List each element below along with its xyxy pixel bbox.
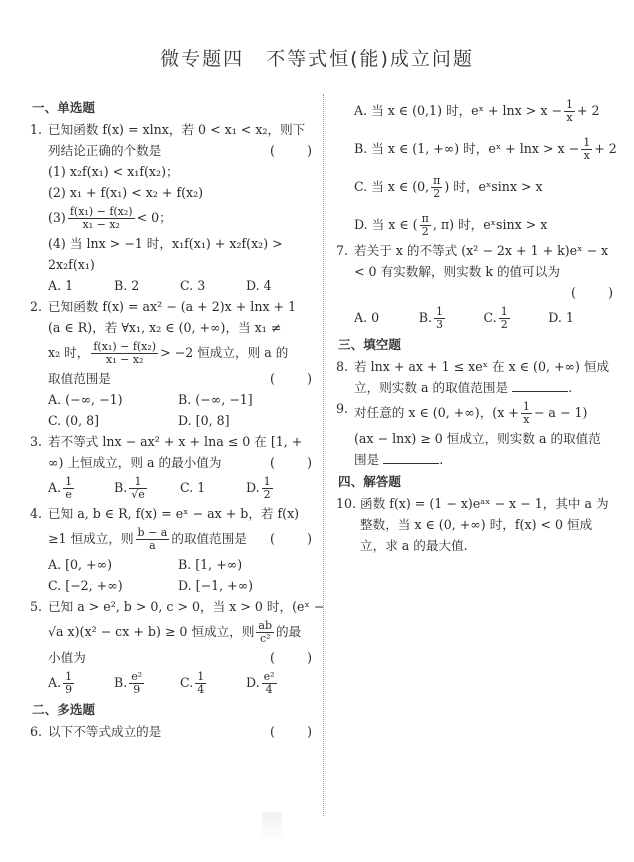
question-number: 4. [30, 503, 42, 524]
fraction: b − aa [136, 527, 170, 552]
question-text: (ax − lnx) ≥ 0 恒成立，则实数 a 的取值范 [354, 428, 613, 449]
fraction: 1x [581, 137, 592, 162]
fraction: 14 [195, 671, 206, 696]
option-b[interactable]: B. 当 x ∈ (1, +∞) 时，eˣ + lnx > x −1x+ 2 [354, 134, 613, 164]
option-text: ) 时，eˣsinx > x [444, 179, 542, 194]
fraction: 19 [63, 671, 74, 696]
fraction: 1√e [129, 476, 147, 501]
question-7: 7. 若关于 x 的不等式 (x² − 2x + 1 + k)eˣ − x < … [338, 240, 613, 333]
fraction: 1e [63, 476, 74, 501]
option-b[interactable]: B. [1, +∞) [178, 554, 308, 575]
question-text-line: ∞) 上恒成立，则 a 的最小值为 [48, 455, 221, 470]
option-d[interactable]: D.e²4 [246, 668, 312, 698]
fraction: 1x [521, 401, 532, 426]
question-text: (a ∈ R)，若 ∀x₁, x₂ ∈ (0, +∞)，当 x₁ ≠ [48, 317, 312, 338]
text: ≥1 恒成立，则 [48, 531, 134, 546]
question-text: () [354, 282, 613, 303]
denominator: 2 [262, 489, 273, 501]
question-9: 9. 对任意的 x ∈ (0, +∞)，(x +1x− a − 1) (ax −… [338, 398, 613, 470]
fraction: 13 [434, 306, 445, 331]
option-a[interactable]: A. 当 x ∈ (0,1) 时，eˣ + lnx > x −1x+ 2 [354, 96, 613, 126]
paren-close: ) [307, 721, 312, 742]
option-d[interactable]: D. [0, 8] [178, 410, 308, 431]
title-part2: 不等式恒(能)成立问题 [266, 48, 474, 70]
section-heading-free-response: 四、解答题 [338, 471, 613, 492]
paren-open: ( [571, 282, 576, 303]
option-a[interactable]: A. 0 [354, 303, 419, 333]
paren-close: ) [608, 282, 613, 303]
denominator: 4 [195, 684, 206, 696]
option-a[interactable]: A. 1 [48, 275, 114, 296]
question-text: 小值为 () [48, 647, 312, 668]
section-heading-single-choice: 一、单选题 [32, 97, 312, 118]
answer-blank[interactable] [512, 379, 568, 392]
question-text-line: 小值为 [48, 650, 86, 665]
option-a[interactable]: A.19 [48, 668, 114, 698]
statement-3: (3)f(x₁) − f(x₂)x₁ − x₂< 0； [48, 203, 312, 233]
answer-bracket[interactable]: () [270, 452, 312, 473]
question-text: 已知函数 f(x) = ax² − (a + 2)x + lnx + 1 [48, 296, 312, 317]
question-text: 围是 . [354, 449, 613, 470]
answer-bracket[interactable]: () [571, 282, 613, 303]
denominator: 9 [129, 684, 144, 696]
option-text: D. 当 x ∈ ( [354, 217, 418, 232]
question-text: 对任意的 x ∈ (0, +∞)，(x +1x− a − 1) [354, 398, 613, 428]
question-text: 以下不等式成立的是 () [48, 721, 312, 742]
question-10: 10. 函数 f(x) = (1 − x)eᵃˣ − x − 1，其中 a 为 … [338, 493, 613, 556]
option-a[interactable]: A. [0, +∞) [48, 554, 178, 575]
option-text: + 2 [594, 141, 617, 156]
question-text: 立，求 a 的最大值. [360, 535, 613, 556]
denominator: 4 [262, 684, 277, 696]
fraction: e²4 [262, 671, 277, 696]
question-text: 若关于 x 的不等式 (x² − 2x + 1 + k)eˣ − x [354, 240, 613, 261]
fraction: π2 [431, 175, 442, 200]
question-6: 6. 以下不等式成立的是 () [32, 721, 312, 742]
question-number: 5. [30, 596, 42, 617]
options-row-2: C. (0, 8] D. [0, 8] [48, 410, 312, 431]
right-column: A. 当 x ∈ (0,1) 时，eˣ + lnx > x −1x+ 2 B. … [338, 96, 613, 556]
question-number: 10. [336, 493, 356, 514]
options-row-2: C. [−2, +∞) D. [−1, +∞) [48, 575, 312, 596]
question-text: 取值范围是 () [48, 368, 312, 389]
options: A.1e B.1√e C. 1 D.12 [48, 473, 312, 503]
option-b[interactable]: B. 2 [114, 275, 180, 296]
options-row-1: A. (−∞, −1) B. (−∞, −1] [48, 389, 312, 410]
option-c[interactable]: C.14 [180, 668, 246, 698]
denominator: x₁ − x₂ [91, 354, 158, 366]
answer-blank[interactable] [383, 451, 439, 464]
option-b[interactable]: B. (−∞, −1] [178, 389, 308, 410]
option-label: B. [114, 675, 127, 690]
period: . [568, 380, 572, 395]
left-column: 一、单选题 1. 已知函数 f(x) = xlnx，若 0 < x₁ < x₂，… [32, 96, 312, 742]
option-d[interactable]: D. [−1, +∞) [178, 575, 308, 596]
question-text: 已知 a, b ∈ R, f(x) = eˣ − ax + b，若 f(x) [48, 503, 312, 524]
fraction: 12 [262, 476, 273, 501]
section-heading-multi-choice: 二、多选题 [32, 699, 312, 720]
fraction: 12 [499, 306, 510, 331]
question-text: < 0 有实数解，则实数 k 的值可以为 [354, 261, 613, 282]
denominator: a [136, 540, 170, 552]
option-label: A. [48, 480, 61, 495]
paren-close: ) [307, 452, 312, 473]
option-d[interactable]: D. 4 [246, 275, 312, 296]
option-b[interactable]: B.1√e [114, 473, 180, 503]
paren-close: ) [307, 140, 312, 161]
section-heading-fill-blank: 三、填空题 [338, 334, 613, 355]
option-b[interactable]: B.13 [419, 303, 484, 333]
denominator: e [63, 489, 74, 501]
option-text: B. 当 x ∈ (1, +∞) 时，eˣ + lnx > x − [354, 141, 579, 156]
option-label: C. [180, 675, 193, 690]
question-4: 4. 已知 a, b ∈ R, f(x) = eˣ − ax + b，若 f(x… [32, 503, 312, 596]
denominator: 9 [63, 684, 74, 696]
question-text-line: 围是 [354, 452, 379, 467]
paren-open: ( [270, 647, 275, 668]
statement-4: (4) 当 lnx > −1 时，x₁f(x₁) + x₂f(x₂) > [48, 233, 312, 254]
options: A. 0 B.13 C.12 D. 1 [354, 303, 613, 333]
question-number: 8. [336, 356, 348, 377]
question-number: 6. [30, 721, 42, 742]
denominator: 2 [431, 188, 442, 200]
question-text-line: 取值范围是 [48, 371, 111, 386]
option-d[interactable]: D.12 [246, 473, 312, 503]
question-number: 1. [30, 119, 42, 140]
denominator: c² [256, 633, 274, 645]
scan-smudge [262, 812, 282, 842]
option-c[interactable]: C. (0, 8] [48, 410, 178, 431]
paren-open: ( [270, 452, 275, 473]
question-3: 3. 若不等式 lnx − ax² + x + lna ≤ 0 在 [1, + … [32, 431, 312, 503]
option-label: D. [246, 480, 260, 495]
question-text: 整数，当 x ∈ (0, +∞) 时，f(x) < 0 恒成 [360, 514, 613, 535]
options-row-1: A. [0, +∞) B. [1, +∞) [48, 554, 312, 575]
option-text: C. 当 x ∈ (0, [354, 179, 429, 194]
question-text: 已知 a > e², b > 0, c > 0，当 x > 0 时，(eˣ − [48, 596, 312, 617]
paren-open: ( [270, 140, 275, 161]
question-number: 9. [336, 398, 348, 419]
text: x₂ 时， [48, 345, 89, 360]
question-text: ∞) 上恒成立，则 a 的最小值为 () [48, 452, 312, 473]
paren-open: ( [270, 721, 275, 742]
option-c[interactable]: C.12 [484, 303, 549, 333]
title-part1: 微专题四 [160, 48, 244, 70]
denominator: x [581, 150, 592, 162]
option-b[interactable]: B.e²9 [114, 668, 180, 698]
denominator: x₁ − x₂ [68, 219, 135, 231]
text: > −2 恒成立，则 a 的 [160, 345, 288, 360]
options: A. 1 B. 2 C. 3 D. 4 [48, 275, 312, 296]
question-text-line: 以下不等式成立的是 [48, 724, 161, 739]
statement-prefix: (3) [48, 210, 66, 225]
option-label: B. [419, 310, 432, 325]
question-text: ≥1 恒成立，则b − aa的取值范围是 () [48, 524, 312, 554]
page-title: 微专题四不等式恒(能)成立问题 [0, 44, 634, 71]
fraction: π2 [420, 213, 431, 238]
question-text-line: 立，则实数 a 的取值范围是 [354, 380, 508, 395]
question-text: 立，则实数 a 的取值范围是 . [354, 377, 613, 398]
question-5: 5. 已知 a > e², b > 0, c > 0，当 x > 0 时，(eˣ… [32, 596, 312, 698]
denominator: 2 [499, 319, 510, 331]
question-text: 已知函数 f(x) = xlnx，若 0 < x₁ < x₂，则下 [48, 119, 312, 140]
paren-open: ( [270, 524, 275, 554]
answer-bracket[interactable]: () [270, 368, 312, 389]
denominator: x [521, 414, 532, 426]
option-a[interactable]: A. (−∞, −1) [48, 389, 178, 410]
question-8: 8. 若 lnx + ax + 1 ≤ xeˣ 在 x ∈ (0, +∞) 恒成… [338, 356, 613, 398]
question-text-line: 列结论正确的个数是 [48, 143, 161, 158]
question-number: 2. [30, 296, 42, 317]
answer-bracket[interactable]: () [270, 524, 312, 554]
denominator: x [564, 112, 575, 124]
text: √a x)(x² − cx + b) ≥ 0 恒成立，则 [48, 624, 254, 639]
option-c[interactable]: C. 当 x ∈ (0,π2) 时，eˣsinx > x [354, 172, 613, 202]
option-c[interactable]: C. [−2, +∞) [48, 575, 178, 596]
option-label: D. [246, 675, 260, 690]
fraction: e²9 [129, 671, 144, 696]
answer-bracket[interactable]: () [270, 721, 312, 742]
question-text: 函数 f(x) = (1 − x)eᵃˣ − x − 1，其中 a 为 [360, 493, 613, 514]
question-text: 列结论正确的个数是 () [48, 140, 312, 161]
fraction: f(x₁) − f(x₂)x₁ − x₂ [91, 341, 158, 366]
option-text: + 2 [577, 103, 600, 118]
fraction: 1x [564, 99, 575, 124]
question-number: 7. [336, 240, 348, 261]
options: A.19 B.e²9 C.14 D.e²4 [48, 668, 312, 698]
answer-bracket[interactable]: () [270, 140, 312, 161]
option-label: B. [114, 480, 127, 495]
option-label: A. [48, 675, 61, 690]
column-divider [323, 94, 324, 816]
q6-options: A. 当 x ∈ (0,1) 时，eˣ + lnx > x −1x+ 2 B. … [338, 96, 613, 240]
text: − a − 1) [534, 405, 588, 420]
question-1: 1. 已知函数 f(x) = xlnx，若 0 < x₁ < x₂，则下 列结论… [32, 119, 312, 296]
denominator: √e [129, 489, 147, 501]
text: 的最 [276, 624, 301, 639]
question-text: 若不等式 lnx − ax² + x + lna ≤ 0 在 [1, + [48, 431, 312, 452]
option-text: A. 当 x ∈ (0,1) 时，eˣ + lnx > x − [354, 103, 562, 118]
paren-close: ) [307, 368, 312, 389]
statement-2: (2) x₁ + f(x₁) < x₂ + f(x₂) [48, 182, 312, 203]
statement-1: (1) x₂f(x₁) < x₁f(x₂)； [48, 161, 312, 182]
fraction: abc² [256, 620, 274, 645]
question-text: x₂ 时，f(x₁) − f(x₂)x₁ − x₂> −2 恒成立，则 a 的 [48, 338, 312, 368]
option-c[interactable]: C. 1 [180, 473, 246, 503]
question-number: 3. [30, 431, 42, 452]
option-label: C. [484, 310, 497, 325]
option-d[interactable]: D. 1 [548, 303, 613, 333]
paren-close: ) [307, 647, 312, 668]
period: . [439, 452, 443, 467]
text: 对任意的 x ∈ (0, +∞)，(x + [354, 405, 519, 420]
question-2: 2. 已知函数 f(x) = ax² − (a + 2)x + lnx + 1 … [32, 296, 312, 431]
question-text: √a x)(x² − cx + b) ≥ 0 恒成立，则abc²的最 [48, 617, 312, 647]
option-a[interactable]: A.1e [48, 473, 114, 503]
paren-close: ) [307, 524, 312, 554]
statement-4-cont: 2x₂f(x₁) [48, 254, 312, 275]
answer-bracket[interactable]: () [270, 647, 312, 668]
option-text: , π) 时，eˣsinx > x [433, 217, 548, 232]
option-c[interactable]: C. 3 [180, 275, 246, 296]
statement-suffix: < 0； [137, 210, 172, 225]
option-d[interactable]: D. 当 x ∈ (π2, π) 时，eˣsinx > x [354, 210, 613, 240]
question-text: 若 lnx + ax + 1 ≤ xeˣ 在 x ∈ (0, +∞) 恒成 [354, 356, 613, 377]
denominator: 3 [434, 319, 445, 331]
paren-open: ( [270, 368, 275, 389]
fraction: f(x₁) − f(x₂)x₁ − x₂ [68, 206, 135, 231]
denominator: 2 [420, 226, 431, 238]
text: 的取值范围是 [171, 531, 247, 546]
